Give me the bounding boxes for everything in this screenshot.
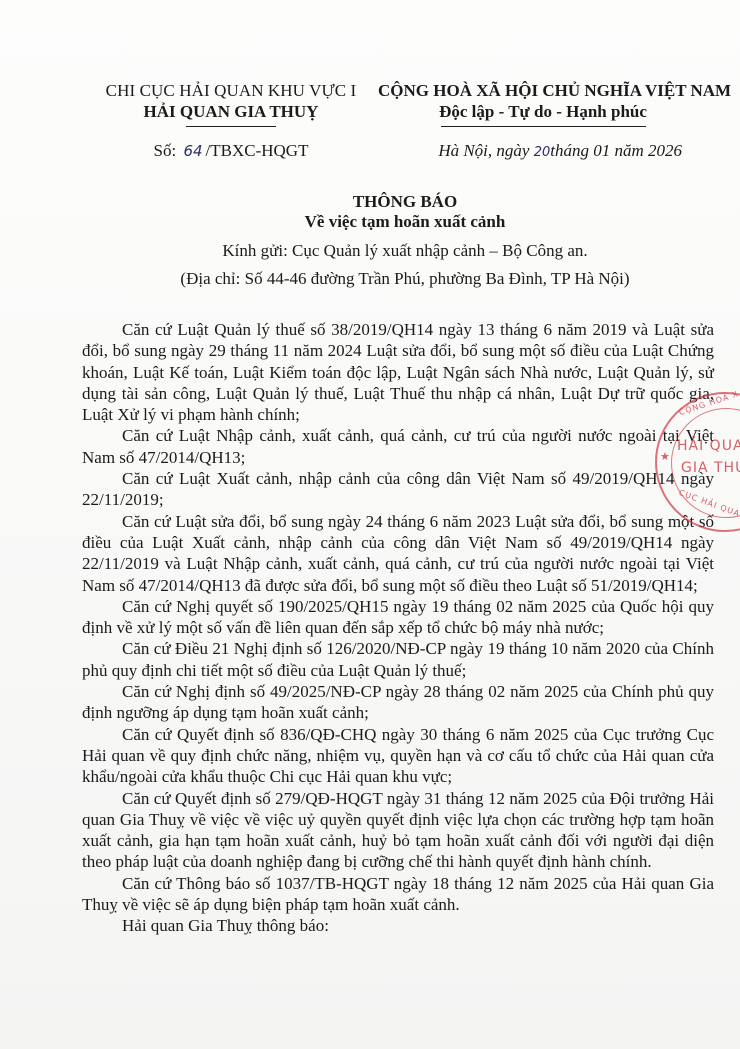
doc-number-handwritten: 64 xyxy=(183,142,202,160)
recipient-line: Kính gửi: Cục Quản lý xuất nhập cảnh – B… xyxy=(80,240,730,262)
motto-underline xyxy=(441,126,646,127)
legal-basis-paragraph: Căn cứ Quyết định số 279/QĐ-HQGT ngày 31… xyxy=(82,788,714,873)
doc-number-suffix: /TBXC-HQGT xyxy=(206,141,309,160)
national-header: CỘNG HOÀ XÃ HỘI CHỦ NGHĨA VIỆT NAM Độc l… xyxy=(378,80,708,161)
date-day-handwritten: 20 xyxy=(534,145,551,160)
parent-agency: CHI CỤC HẢI QUAN KHU VỰC I xyxy=(96,80,366,102)
issuing-agency-header: CHI CỤC HẢI QUAN KHU VỰC I HẢI QUAN GIA … xyxy=(96,80,366,161)
nation-title: CỘNG HOÀ XÃ HỘI CHỦ NGHĨA VIỆT NAM xyxy=(378,80,708,102)
star-icon: ★ xyxy=(660,450,670,463)
document-page: CHI CỤC HẢI QUAN KHU VỰC I HẢI QUAN GIA … xyxy=(0,0,740,1049)
legal-basis-paragraph: Căn cứ Nghị quyết số 190/2025/QH15 ngày … xyxy=(82,596,714,639)
notice-intro: Hải quan Gia Thuỵ thông báo: xyxy=(82,915,714,936)
legal-basis-paragraph: Căn cứ Nghị định số 49/2025/NĐ-CP ngày 2… xyxy=(82,681,714,724)
notice-title: THÔNG BÁO xyxy=(80,192,730,212)
legal-basis-paragraph: Căn cứ Quyết định số 836/QĐ-CHQ ngày 30 … xyxy=(82,724,714,788)
notice-title-block: THÔNG BÁO Về việc tạm hoãn xuất cảnh Kín… xyxy=(80,192,730,290)
national-motto: Độc lập - Tự do - Hạnh phúc xyxy=(378,102,708,122)
legal-basis-paragraph: Căn cứ Thông báo số 1037/TB-HQGT ngày 18… xyxy=(82,873,714,916)
agency-underline xyxy=(186,126,276,127)
legal-basis-paragraph: Căn cứ Luật Quản lý thuế số 38/2019/QH14… xyxy=(82,319,714,425)
legal-basis-paragraph: Căn cứ Luật sửa đổi, bổ sung ngày 24 thá… xyxy=(82,511,714,596)
document-number: Số: 64/TBXC-HQGT xyxy=(96,141,366,161)
legal-basis-paragraph: Căn cứ Luật Nhập cảnh, xuất cảnh, quá cả… xyxy=(82,425,714,468)
doc-number-prefix: Số: xyxy=(154,141,177,160)
notice-subject: Về việc tạm hoãn xuất cảnh xyxy=(80,212,730,232)
seal-line-2: GIA THUỴ xyxy=(681,460,740,476)
date-suffix: tháng 01 năm 2026 xyxy=(550,141,682,160)
issue-date: Hà Nội, ngày 20tháng 01 năm 2026 xyxy=(378,141,708,161)
legal-basis-paragraph: Căn cứ Điều 21 Nghị định số 126/2020/NĐ-… xyxy=(82,638,714,681)
notice-body: Căn cứ Luật Quản lý thuế số 38/2019/QH14… xyxy=(82,319,714,937)
date-prefix: Hà Nội, ngày xyxy=(438,141,529,160)
seal-line-1: HẢI QUAN xyxy=(677,438,740,454)
legal-basis-paragraph: Căn cứ Luật Xuất cảnh, nhập cảnh của côn… xyxy=(82,468,714,511)
issuing-unit: HẢI QUAN GIA THUỴ xyxy=(96,102,366,122)
recipient-address: (Địa chỉ: Số 44-46 đường Trần Phú, phườn… xyxy=(80,268,730,290)
